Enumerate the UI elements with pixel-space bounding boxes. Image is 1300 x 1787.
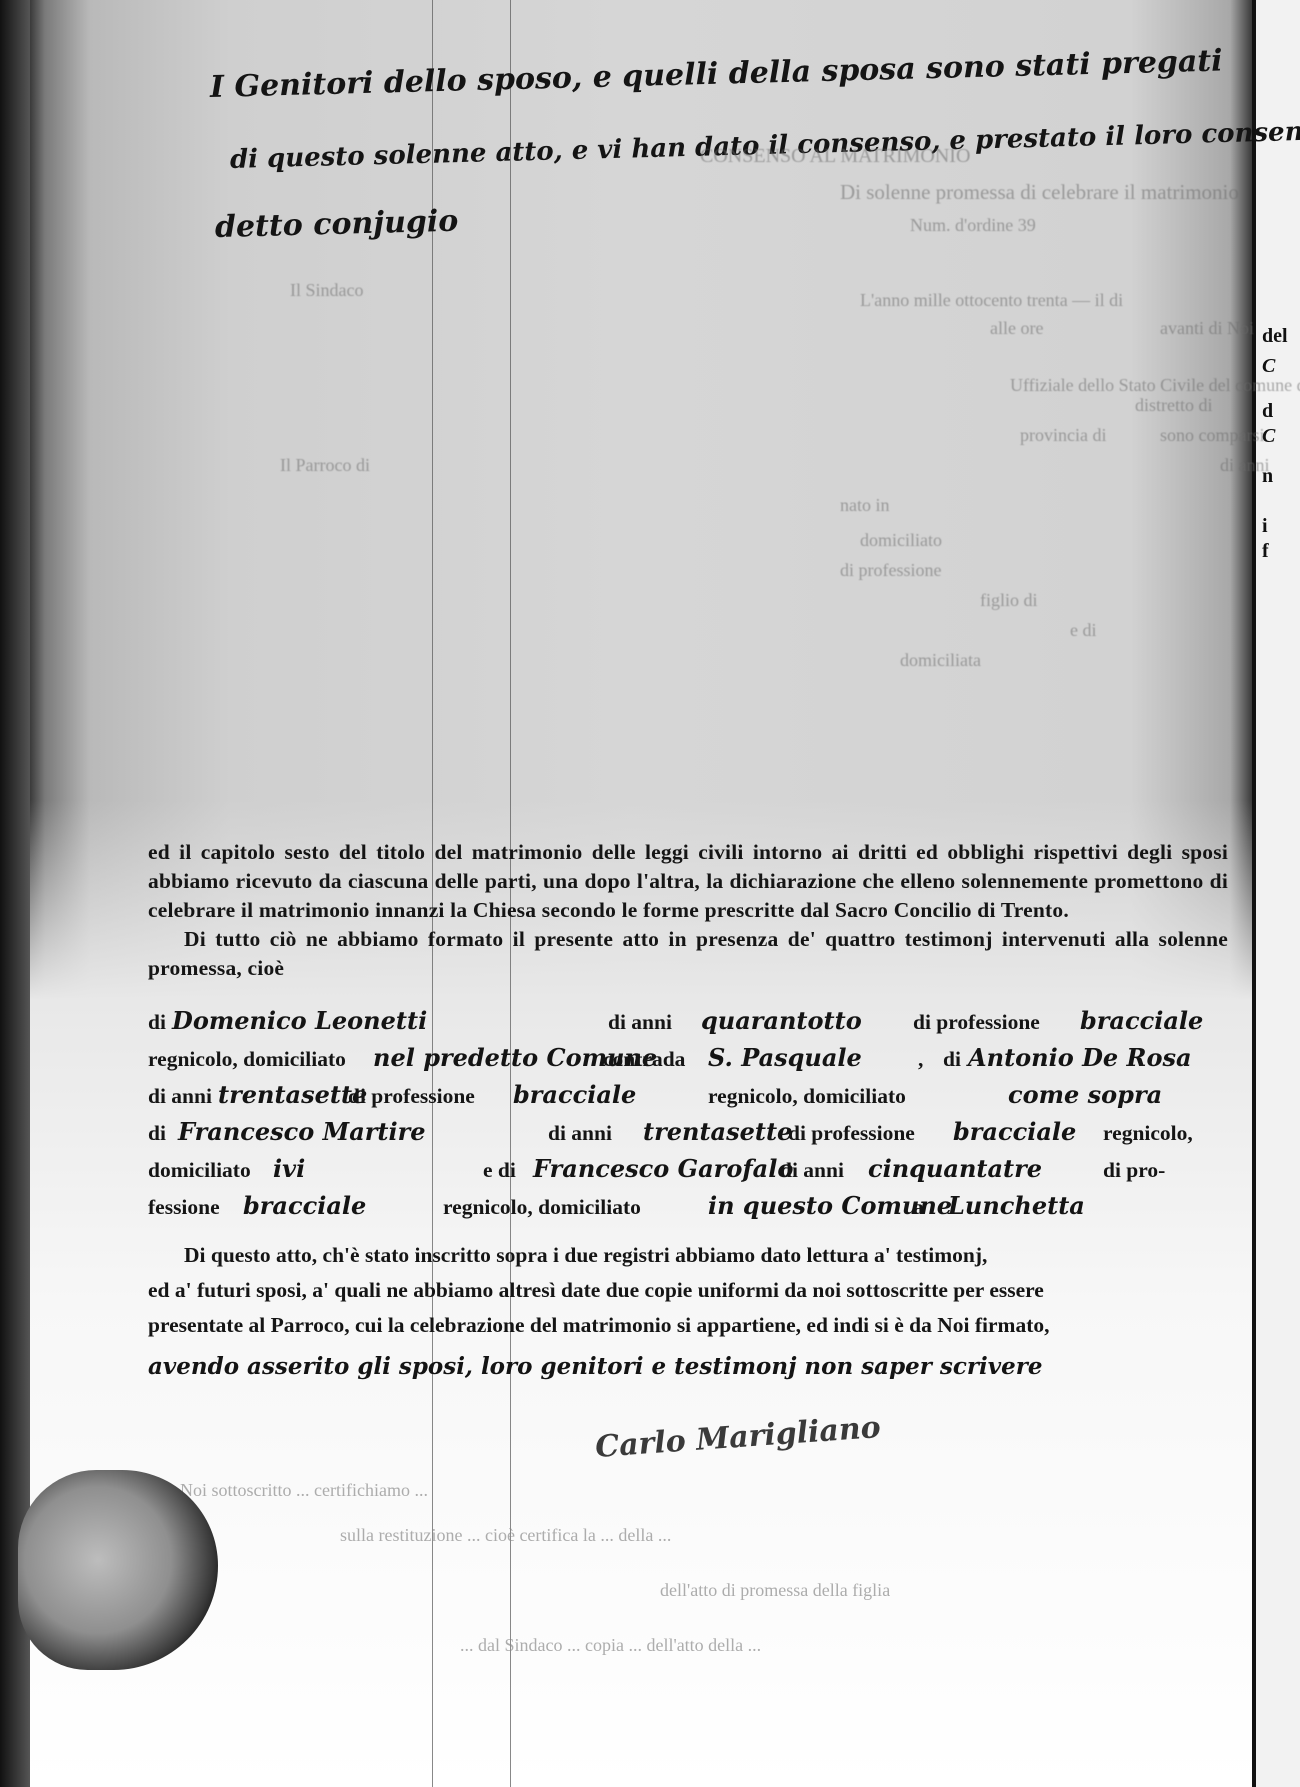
bleedthrough-text: ... dal Sindaco ... copia ... dell'atto …: [460, 1635, 761, 1656]
witness-name: Francesco Martire: [178, 1117, 426, 1146]
adjacent-page-edge: del C d C n i f: [1252, 0, 1300, 1787]
bleedthrough-form-upper: CONSENSO AL MATRIMONIO Di solenne promes…: [140, 240, 1250, 800]
bleedthrough-text: di professione: [840, 560, 941, 581]
witness-profession: bracciale: [953, 1117, 1076, 1146]
printed-declaration: ed il capitolo sesto del titolo del matr…: [148, 838, 1228, 983]
bleedthrough-text: sono comparsi: [1160, 425, 1264, 446]
adjacent-page-fragment: d: [1262, 400, 1273, 423]
witness-row: di anni trentasette di professione bracc…: [148, 1084, 1228, 1121]
adjacent-page-fragment: i: [1262, 515, 1268, 538]
closing-line: Di questo atto, ch'è stato inscritto sop…: [148, 1238, 1228, 1273]
label: di anni: [780, 1158, 844, 1183]
bleedthrough-text: avanti di Noi: [1160, 318, 1254, 339]
bleedthrough-text: e di: [1070, 620, 1097, 641]
witness-age: quarantotto: [701, 1006, 862, 1035]
bleedthrough-heading: CONSENSO AL MATRIMONIO: [700, 145, 970, 168]
label: di professione: [913, 1010, 1040, 1035]
label: contrada: [603, 1047, 685, 1072]
bleedthrough-text: Il Sindaco: [290, 280, 364, 301]
bleedthrough-text: provincia di: [1020, 425, 1106, 446]
label: regnicolo, domiciliato: [708, 1084, 906, 1109]
bleedthrough-text: Il Parroco di: [280, 455, 370, 476]
label: di anni: [608, 1010, 672, 1035]
label: regnicolo, domiciliato: [443, 1195, 641, 1220]
witness-street: Lunchetta: [948, 1191, 1085, 1220]
witness-name: Antonio De Rosa: [968, 1043, 1192, 1072]
adjacent-page-fragment: del: [1262, 325, 1288, 348]
witness-street: S. Pasquale: [708, 1043, 862, 1072]
witness-age: trentasette: [643, 1117, 792, 1146]
label: di anni: [548, 1121, 612, 1146]
label: di: [148, 1121, 166, 1146]
witness-profession: bracciale: [1080, 1006, 1203, 1035]
witness-profession: bracciale: [243, 1191, 366, 1220]
witness-profession: bracciale: [513, 1080, 636, 1109]
label: di: [943, 1047, 961, 1072]
witness-list: di Domenico Leonetti di anni quarantotto…: [148, 1010, 1228, 1232]
witnesses-intro-paragraph: Di tutto ciò ne abbiamo formato il prese…: [148, 925, 1228, 983]
bleedthrough-text: nato in: [840, 495, 890, 516]
witness-name: Francesco Garofalo: [533, 1154, 793, 1183]
witness-name: Domenico Leonetti: [172, 1006, 427, 1035]
bleedthrough-text: distretto di: [1135, 395, 1213, 416]
label: e di: [483, 1158, 516, 1183]
bleedthrough-text: domiciliata: [900, 650, 981, 671]
label: di: [148, 1010, 166, 1035]
bleedthrough-text: alle ore: [990, 318, 1043, 339]
bleedthrough-text: L'anno mille ottocento trenta — il di: [860, 290, 1123, 311]
handwritten-note-line: detto conjugio: [215, 204, 459, 245]
bleedthrough-text: sulla restituzione ... cioè certifica la…: [340, 1525, 671, 1546]
bleedthrough-text: domiciliato: [860, 530, 942, 551]
label: a: [913, 1195, 924, 1220]
witness-row: fessione bracciale regnicolo, domiciliat…: [148, 1195, 1228, 1232]
label: di anni: [148, 1084, 212, 1109]
label: regnicolo, domiciliato: [148, 1047, 346, 1072]
bleedthrough-text: figlio di: [980, 590, 1038, 611]
witness-age: cinquantatre: [868, 1154, 1042, 1183]
label: di professione: [348, 1084, 475, 1109]
handwritten-closing-note: avendo asserito gli sposi, loro genitori…: [148, 1349, 1228, 1384]
adjacent-page-fragment: f: [1262, 540, 1269, 563]
closing-line: ed a' futuri sposi, a' quali ne abbiamo …: [148, 1273, 1228, 1308]
closing-statement: Di questo atto, ch'è stato inscritto sop…: [148, 1238, 1228, 1384]
witness-row: di Francesco Martire di anni trentasette…: [148, 1121, 1228, 1158]
declaration-paragraph: ed il capitolo sesto del titolo del matr…: [148, 838, 1228, 925]
witness-row: di Domenico Leonetti di anni quarantotto…: [148, 1010, 1228, 1047]
bleedthrough-text: Noi sottoscritto ... certifichiamo ...: [180, 1480, 428, 1501]
bleedthrough-text: di anni: [1220, 455, 1270, 476]
witness-residence: come sopra: [1008, 1080, 1162, 1109]
witness-residence: ivi: [273, 1154, 305, 1183]
witness-row: domiciliato ivi e di Francesco Garofalo …: [148, 1158, 1228, 1195]
bleedthrough-heading: Di solenne promessa di celebrare il matr…: [840, 180, 1239, 205]
label: di professione: [788, 1121, 915, 1146]
witness-row: regnicolo, domiciliato nel predetto Comu…: [148, 1047, 1228, 1084]
closing-line: presentate al Parroco, cui la celebrazio…: [148, 1308, 1228, 1343]
bleedthrough-text: dell'atto di promessa della figlia: [660, 1580, 890, 1601]
bleedthrough-text: Uffiziale dello Stato Civile del comune …: [1010, 375, 1300, 396]
witness-age: trentasette: [218, 1080, 367, 1109]
bleedthrough-text: Num. d'ordine 39: [910, 215, 1036, 236]
